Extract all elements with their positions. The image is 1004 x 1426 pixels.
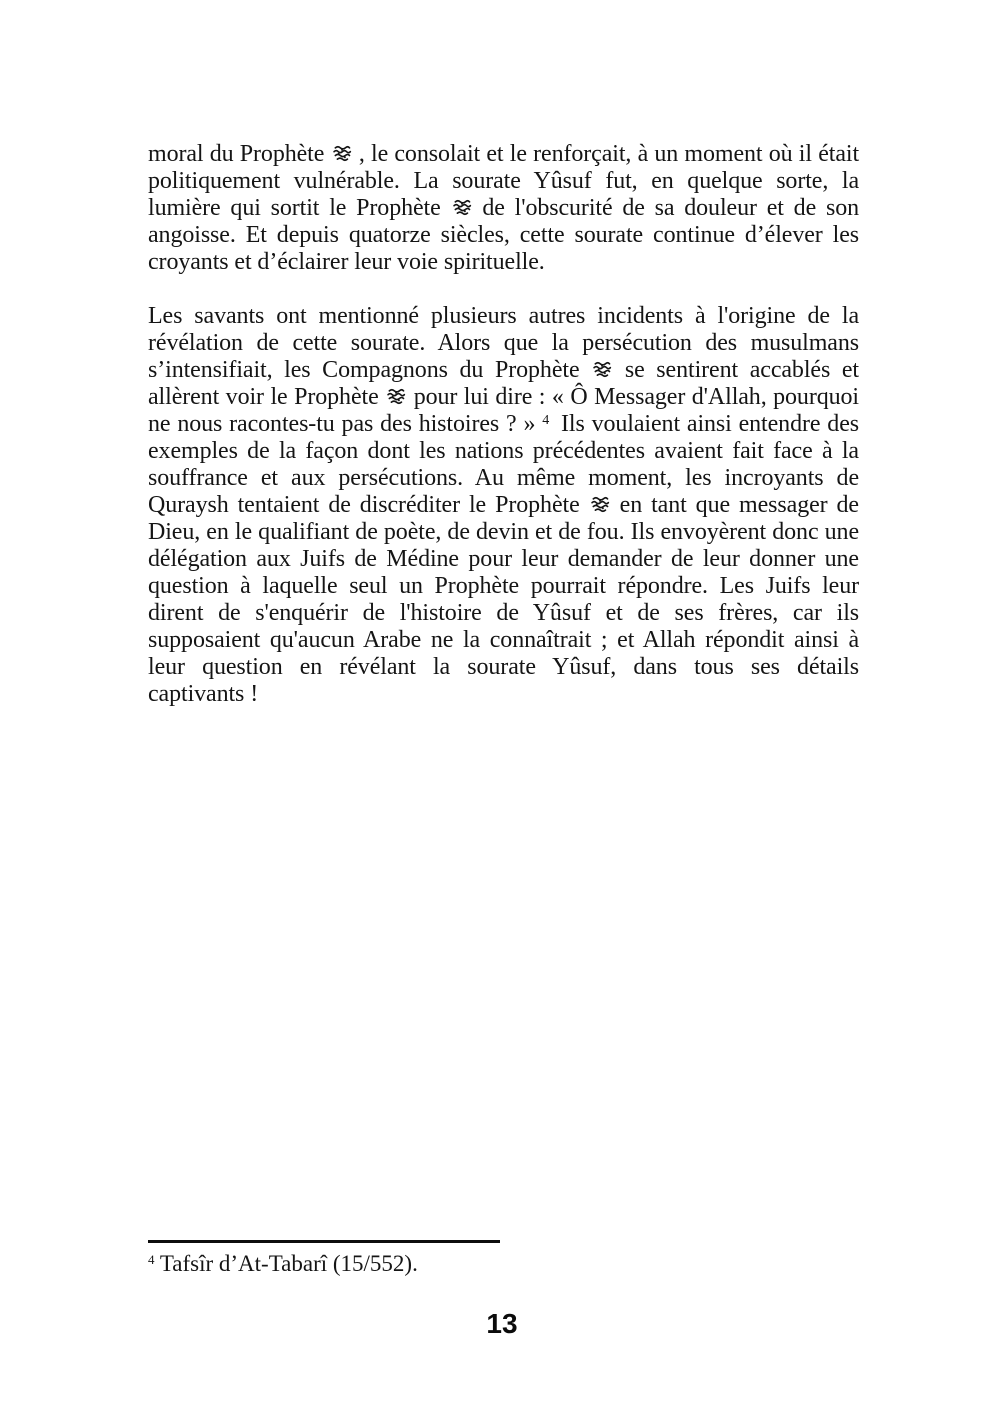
footnote-separator <box>148 1240 500 1243</box>
paragraph: Les savants ont mentionné plusieurs autr… <box>148 303 859 708</box>
saws-calligraphy-icon <box>452 199 472 216</box>
saws-calligraphy-icon <box>386 388 406 405</box>
footnote-marker: 4 <box>148 1252 155 1267</box>
footnote-marker: 4 <box>542 413 549 428</box>
document-page: moral du Prophète , le consolait et le r… <box>0 0 1004 1426</box>
page-number: 13 <box>0 1308 1004 1340</box>
footnote: 4 Tafsîr d’At-Tabarî (15/552). <box>148 1250 798 1277</box>
page-body: moral du Prophète , le consolait et le r… <box>148 141 859 708</box>
saws-calligraphy-icon <box>590 496 610 513</box>
saws-calligraphy-icon <box>592 361 612 378</box>
paragraph: moral du Prophète , le consolait et le r… <box>148 141 859 276</box>
saws-calligraphy-icon <box>332 145 352 162</box>
